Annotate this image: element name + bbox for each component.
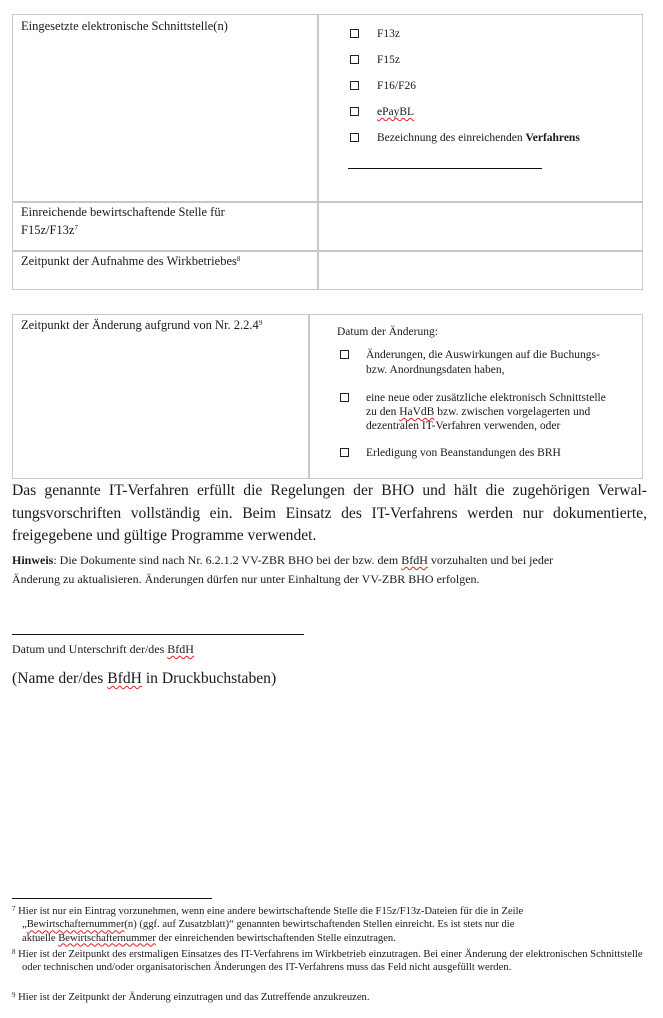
hint-note: Hinweis: Die Dokumente sind nach Nr. 6.2… [12,551,652,589]
option-label: Änderungen, die Auswirkungen auf die Buc… [366,348,600,377]
checkbox-icon[interactable] [350,29,359,38]
checkbox-icon[interactable] [350,133,359,142]
submitting-office-label: Einreichende bewirtschaftende Stelle für… [21,203,225,239]
option-f13z[interactable]: F13z [350,27,400,42]
footnote-separator [12,898,212,899]
option-label: eine neue oder zusätzliche elektronisch … [366,391,606,433]
option-label: ePayBL [377,105,414,120]
option-label: F15z [377,53,400,68]
interface-table: Eingesetzte elektronische Schnittstelle(… [12,14,643,290]
checkbox-icon[interactable] [340,393,349,402]
interfaces-label: Eingesetzte elektronische Schnittstelle(… [21,17,228,35]
go-live-label: Zeitpunkt der Aufnahme des Wirkbetriebes… [21,252,240,270]
option-booking-data-change[interactable]: Änderungen, die Auswirkungen auf die Buc… [340,348,600,377]
option-brh-objections[interactable]: Erledigung von Beanstandungen des BRH [340,446,561,461]
checkbox-icon[interactable] [350,55,359,64]
go-live-field[interactable] [319,252,642,289]
checkbox-icon[interactable] [340,350,349,359]
option-f15z[interactable]: F15z [350,53,400,68]
submitting-office-field[interactable] [319,203,642,249]
option-label: Erledigung von Beanstandungen des BRH [366,446,561,461]
change-date-label: Datum der Änderung: [337,323,438,341]
option-f16-f26[interactable]: F16/F26 [350,79,416,94]
signature-caption: Datum und Unterschrift der/des BfdH [12,640,652,659]
procedure-name-field[interactable] [348,168,542,169]
compliance-statement: Das genannte IT-Verfahren erfüllt die Re… [12,480,647,548]
option-new-interface[interactable]: eine neue oder zusätzliche elektronisch … [340,391,606,433]
footnote-ref[interactable]: 7 [74,224,78,232]
checkbox-icon[interactable] [350,81,359,90]
hint-label: Hinweis [12,553,53,567]
checkbox-icon[interactable] [350,107,359,116]
option-label: Bezeichnung des einreichenden Verfahrens [377,131,580,146]
printed-name-caption: (Name der/des BfdH in Druckbuchstaben) [12,668,652,690]
footnote-8: 8 Hier ist der Zeitpunkt des erstmaligen… [12,948,650,975]
option-label: F13z [377,27,400,42]
change-label: Zeitpunkt der Änderung aufgrund von Nr. … [21,316,262,334]
column-divider [308,315,310,478]
footnote-ref[interactable]: 9 [259,319,263,327]
option-epaybl[interactable]: ePayBL [350,105,414,120]
checkbox-icon[interactable] [340,448,349,457]
change-table: Zeitpunkt der Änderung aufgrund von Nr. … [12,314,643,479]
signature-line[interactable] [12,634,304,635]
footnote-7: 7 Hier ist nur ein Eintrag vorzunehmen, … [12,905,650,945]
option-own-procedure[interactable]: Bezeichnung des einreichenden Verfahrens [350,131,580,146]
footnote-ref[interactable]: 8 [237,255,241,263]
option-label: F16/F26 [377,79,416,94]
footnote-9: 9 Hier ist der Zeitpunkt der Änderung ei… [12,991,650,1004]
